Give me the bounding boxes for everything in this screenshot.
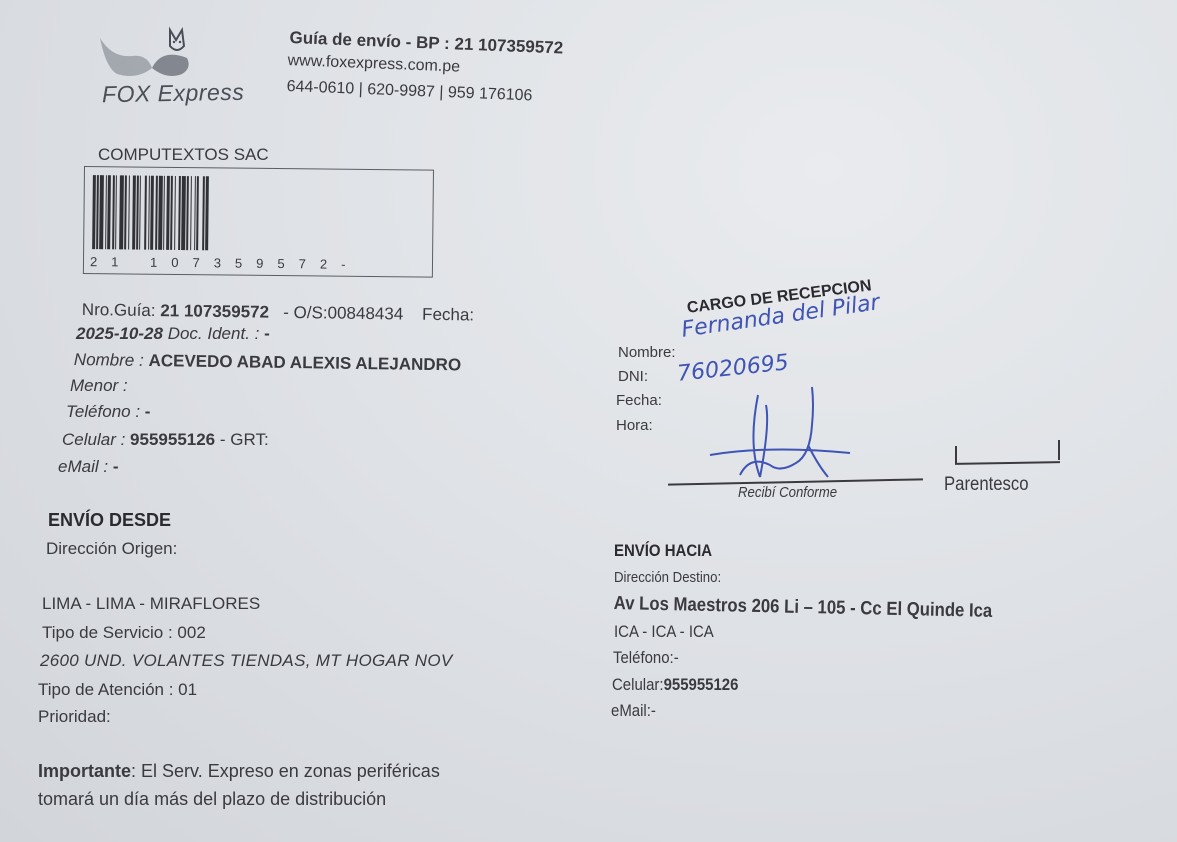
origin-location: LIMA - LIMA - MIRAFLORES (42, 594, 260, 614)
date-value: 2025-10-28 (76, 324, 163, 343)
minor-label: Menor : (70, 376, 128, 396)
reception-dni-label: DNI: (618, 368, 648, 385)
doc-ident-value: - (264, 324, 270, 343)
date-label: Fecha: (422, 305, 474, 325)
destination-phone: Teléfono:- (613, 648, 679, 668)
destination-title: ENVÍO HACIA (614, 541, 712, 561)
guide-number-value: 21 107359572 (160, 301, 269, 322)
notice-label: Importante (38, 761, 131, 781)
email-row: eMail : - (58, 457, 118, 477)
date-doc-row: 2025-10-28 Doc. Ident. : - (76, 324, 270, 344)
received-label: Recibí Conforme (738, 484, 837, 501)
reception-time-label: Hora: (616, 417, 653, 434)
os-label: - O/S: (283, 303, 328, 323)
contact-phones: 644-0610 | 620-9987 | 959 176106 (286, 78, 532, 105)
doc-ident-label: Doc. Ident. : (168, 324, 260, 343)
mobile-row: Celular : 955955126 - GRT: (62, 430, 269, 450)
destination-mobile-value: 955955126 (664, 675, 739, 694)
notice-line-1: Importante: El Serv. Expreso en zonas pe… (38, 761, 440, 782)
kinship-line-left (955, 446, 957, 464)
attention-type: Tipo de Atención : 01 (38, 680, 197, 700)
name-row: Nombre : ACEVEDO ABAD ALEXIS ALEJANDRO (74, 350, 462, 375)
sender-company: COMPUTEXTOS SAC (98, 145, 269, 165)
service-type: Tipo de Servicio : 002 (42, 623, 206, 643)
guide-number-label: Nro.Guía: (82, 300, 156, 320)
name-value: ACEVEDO ABAD ALEXIS ALEJANDRO (148, 351, 461, 374)
notice-line-2: tomará un día más del plazo de distribuc… (38, 789, 386, 810)
destination-mobile-label: Celular: (612, 675, 664, 694)
website-link: www.foxexpress.com.pe (287, 52, 460, 77)
barcode-bars (92, 175, 421, 252)
notice-text-1: : El Serv. Expreso en zonas periféricas (131, 761, 440, 781)
destination-location: ICA - ICA - ICA (614, 622, 714, 642)
barcode: 21 107359572- (83, 166, 434, 278)
grt-label: - GRT: (220, 430, 269, 449)
origin-address-label: Dirección Origen: (46, 539, 177, 559)
phone-row: Teléfono : - (66, 402, 150, 422)
fox-logo-icon (92, 18, 202, 88)
origin-title: ENVÍO DESDE (48, 510, 171, 531)
reception-date-label: Fecha: (616, 392, 662, 409)
email-label: eMail : (58, 457, 108, 476)
os-value: 00848434 (327, 303, 403, 323)
destination-address: Av Los Maestros 206 Li – 105 - Cc El Qui… (614, 593, 993, 623)
destination-mobile-row: Celular:955955126 (612, 675, 738, 695)
mobile-value: 955955126 (130, 430, 215, 449)
name-label: Nombre : (74, 350, 144, 370)
reception-name-label: Nombre: (618, 344, 676, 361)
shipping-guide-document: FOX Express Guía de envío - BP : 21 1073… (0, 0, 1177, 842)
email-value: - (113, 457, 119, 476)
phone-label: Teléfono : (66, 402, 140, 421)
signature-icon (700, 385, 870, 485)
destination-email: eMail:- (611, 701, 656, 721)
destination-address-label: Dirección Destino: (614, 569, 721, 586)
shipment-description: 2600 UND. VOLANTES TIENDAS, MT HOGAR NOV (40, 651, 453, 671)
barcode-digits: 21 107359572- (90, 254, 360, 272)
reception-dni-handwritten: 76020695 (676, 350, 790, 387)
priority-label: Prioridad: (38, 707, 111, 727)
guide-number-row: Nro.Guía: 21 107359572 - O/S:00848434 Fe… (82, 300, 475, 325)
kinship-label: Parentesco (944, 474, 1029, 496)
mobile-label: Celular : (62, 430, 125, 449)
brand-name: FOX Express (102, 79, 245, 108)
kinship-line-right (1058, 440, 1060, 460)
phone-value: - (145, 402, 151, 421)
kinship-line (955, 461, 1060, 464)
